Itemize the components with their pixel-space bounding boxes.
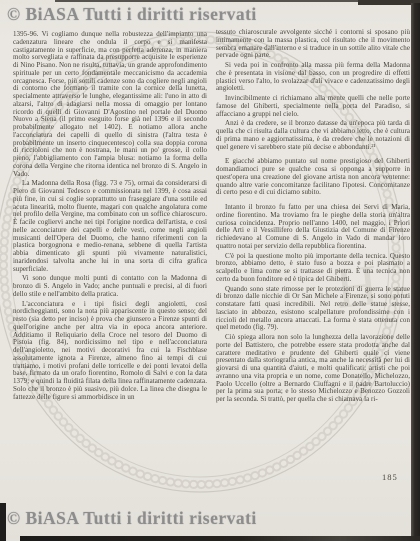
paragraph: C'è poi la questione molto più important… — [216, 253, 410, 284]
scan-edge-bottom — [20, 536, 420, 541]
scan-edge-left — [0, 503, 6, 541]
paragraph: Ciò spiega allora non solo la lunghezza … — [216, 334, 410, 404]
paragraph: E giacché abbiamo puntato sul nome prest… — [216, 158, 410, 197]
scan-edge-right — [411, 3, 420, 541]
text-column-left: 1395-96. Vi cogliamo dunque nella robust… — [13, 31, 207, 401]
paragraph: Vi sono dunque molti punti di contatto c… — [13, 275, 207, 298]
paragraph: Quando sono state rimosse per le protezi… — [216, 286, 410, 333]
paragraph: Anzi è da credere, se il bronzo datasse … — [216, 120, 410, 151]
paragraph: 1395-96. Vi cogliamo dunque nella robust… — [13, 31, 207, 178]
paragraph: tessuto chiaroscurale avvolgente sicché … — [216, 29, 410, 60]
paragraph: Intanto il bronzo fu fatto per una chies… — [216, 204, 410, 251]
copyright-watermark-top: © BiASA Tutti i diritti riservati — [7, 4, 257, 25]
scanned-page: H © BiASA Tutti i diritti riservati 1395… — [0, 0, 420, 541]
text-column-right: tessuto chiaroscurale avvolgente sicché … — [216, 29, 410, 404]
copyright-watermark-bottom: © BiASA Tutti i diritti riservati — [7, 508, 257, 529]
paragraph: L'acconciatura e i tipi fisici degli ang… — [13, 301, 207, 402]
paragraph: Si veda poi in confronto alla massa più … — [216, 62, 410, 93]
page-number: 185 — [382, 472, 398, 482]
paragraph: La Madonna della Rosa (figg. 73 e 75), o… — [13, 180, 207, 273]
paragraph: Invincibilmente ci richiamano alla mente… — [216, 95, 410, 118]
